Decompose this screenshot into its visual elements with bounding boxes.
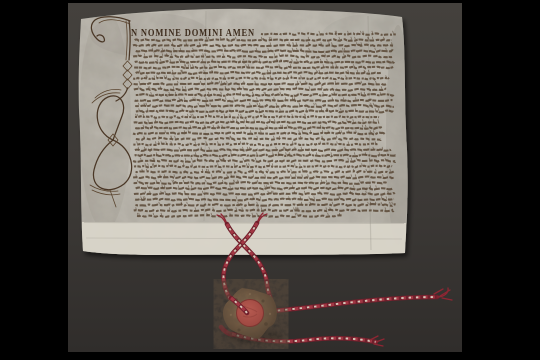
charter-scene: N NOMINE DOMINI AMEN xyxy=(0,0,540,360)
parchment xyxy=(70,0,420,260)
parchment-texture xyxy=(70,0,420,260)
wax-seal xyxy=(220,285,282,343)
heading-text: N NOMINE DOMINI AMEN xyxy=(131,28,255,39)
photo-stage: N NOMINE DOMINI AMEN xyxy=(0,0,540,360)
